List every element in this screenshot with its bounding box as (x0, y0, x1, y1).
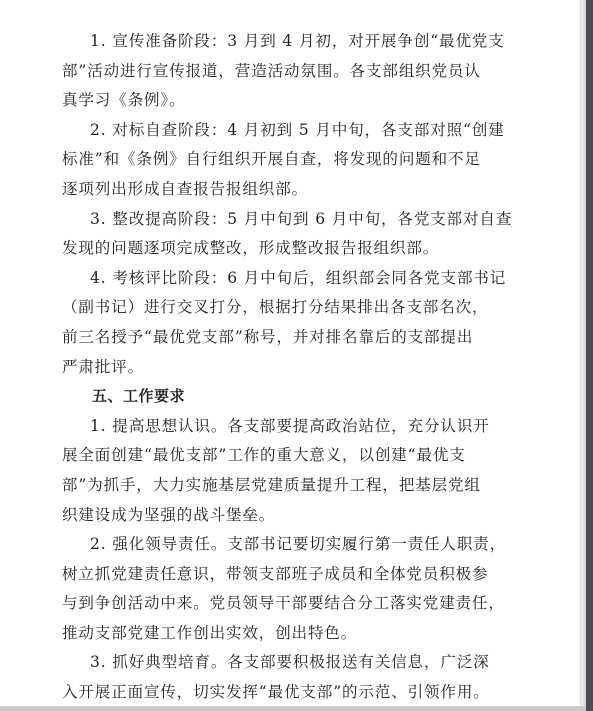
text-line: 2. 对标自查阶段：4 月初到 5 月中旬，各支部对照“创建 (62, 116, 440, 146)
text-line: 严肃批评。 (62, 353, 440, 383)
text-line: 树立抓党建责任意识，带领支部班子成员和全体党员积极参 (62, 560, 440, 590)
text-line: 真学习《条例》。 (62, 86, 440, 116)
text-line: 1. 提高思想认识。各支部要提高政治站位，充分认识开 (62, 412, 440, 442)
text-line: 织建设成为坚强的战斗堡垒。 (62, 501, 440, 531)
text-line: 4. 考核评比阶段：6 月中旬后，组织部会同各党支部书记 (62, 264, 440, 294)
text-line: 推动支部党建工作创出实效，创出特色。 (62, 619, 440, 649)
text-line: 发现的问题逐项完成整改，形成整改报告报组织部。 (62, 234, 440, 264)
text-line: 3. 抓好典型培育。各支部要积极报送有关信息，广泛深 (62, 648, 440, 678)
text-line: （副书记）进行交叉打分，根据打分结果排出各支部名次， (62, 293, 440, 323)
text-line: 逐项列出形成自查报告报组织部。 (62, 175, 440, 205)
text-line: 入开展正面宣传，切实发挥“最优支部”的示范、引领作用。 (62, 678, 440, 708)
text-line: 3. 整改提高阶段：5 月中旬到 6 月中旬，各党支部对自查 (62, 205, 440, 235)
text-line: 标准”和《条例》自行组织开展自查，将发现的问题和不足 (62, 145, 440, 175)
document-body: 1. 宣传准备阶段：3 月到 4 月初，对开展争创“最优党支 部”活动进行宣传报… (62, 27, 440, 708)
text-line: 部”活动进行宣传报道，营造活动氛围。各支部组织党员认 (62, 57, 440, 87)
text-line: 1. 宣传准备阶段：3 月到 4 月初，对开展争创“最优党支 (62, 27, 440, 57)
document-page: 1. 宣传准备阶段：3 月到 4 月初，对开展争创“最优党支 部”活动进行宣传报… (0, 0, 580, 706)
text-line: 展全面创建“最优支部”工作的重大意义，以创建“最优支 (62, 441, 440, 471)
text-line: 部”为抓手，大力实施基层党建质量提升工程，把基层党组 (62, 471, 440, 501)
page-bottom-edge (0, 706, 586, 711)
text-line: 与到争创活动中来。党员领导干部要结合分工落实党建责任， (62, 589, 440, 619)
text-line: 前三名授予“最优党支部”称号，并对排名靠后的支部提出 (62, 323, 440, 353)
text-line: 2. 强化领导责任。支部书记要切实履行第一责任人职责， (62, 530, 440, 560)
section-heading: 五、工作要求 (62, 382, 440, 412)
vertical-scrollbar[interactable] (586, 0, 593, 711)
